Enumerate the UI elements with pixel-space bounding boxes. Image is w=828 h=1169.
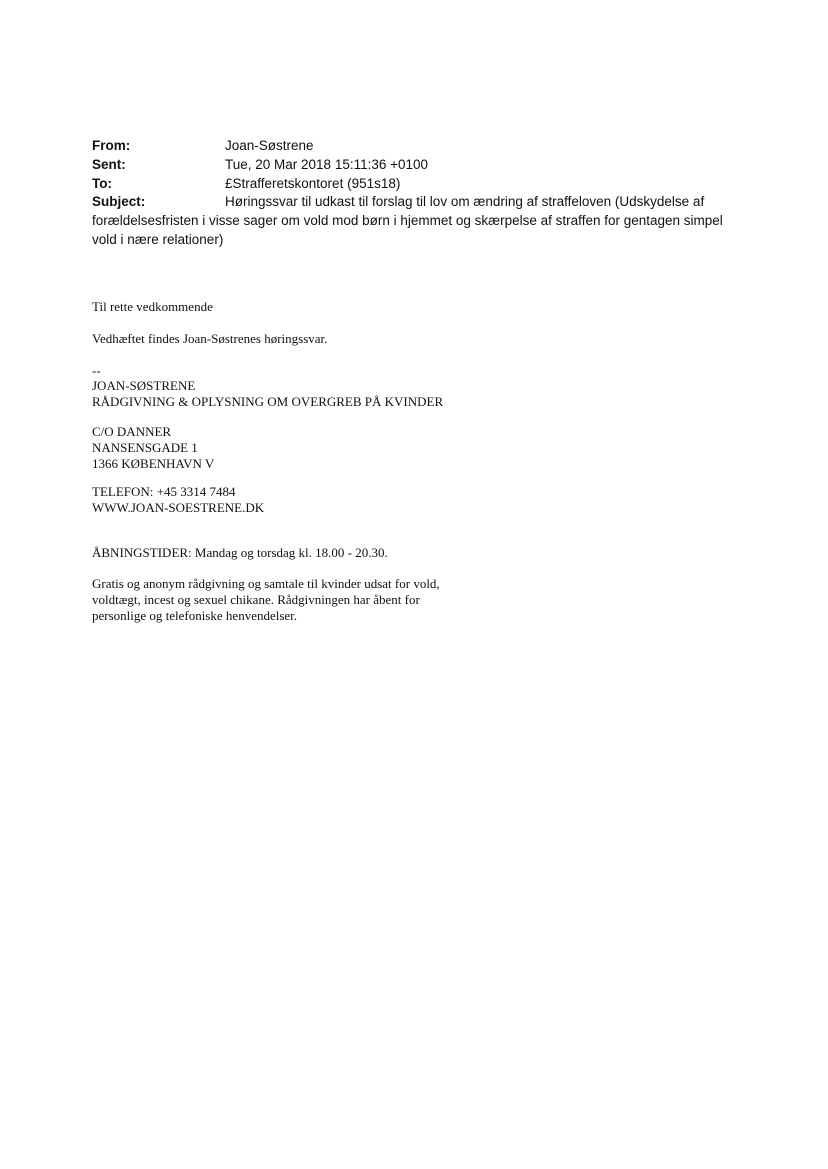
address-line-1: C/O DANNER	[92, 424, 171, 440]
from-value: Joan-Søstrene	[225, 136, 314, 155]
sent-value: Tue, 20 Mar 2018 15:11:36 +0100	[225, 155, 428, 174]
description-line-3: personlige og telefoniske henvendelser.	[92, 608, 297, 624]
signature-separator: --	[92, 363, 101, 379]
opening-hours: ÅBNINGSTIDER: Mandag og torsdag kl. 18.0…	[92, 545, 388, 561]
subject-row: Subject:Høringssvar til udkast til forsl…	[92, 192, 732, 249]
org-tagline: RÅDGIVNING & OPLYSNING OM OVERGREB PÅ KV…	[92, 394, 443, 410]
to-label: To:	[92, 174, 112, 193]
sent-label: Sent:	[92, 155, 126, 174]
phone: TELEFON: +45 3314 7484	[92, 484, 235, 500]
address-line-2: NANSENSGADE 1	[92, 440, 198, 456]
message: Vedhæftet findes Joan-Søstrenes høringss…	[92, 331, 327, 347]
org-name: JOAN-SØSTRENE	[92, 378, 195, 394]
from-label: From:	[92, 136, 130, 155]
website: WWW.JOAN-SOESTRENE.DK	[92, 500, 264, 516]
description-line-1: Gratis og anonym rådgivning og samtale t…	[92, 576, 440, 592]
to-value: £Strafferetskontoret (951s18)	[225, 174, 400, 193]
subject-label: Subject:	[92, 192, 225, 211]
description-line-2: voldtægt, incest og sexuel chikane. Rådg…	[92, 592, 420, 608]
address-line-3: 1366 KØBENHAVN V	[92, 456, 214, 472]
greeting: Til rette vedkommende	[92, 299, 213, 315]
